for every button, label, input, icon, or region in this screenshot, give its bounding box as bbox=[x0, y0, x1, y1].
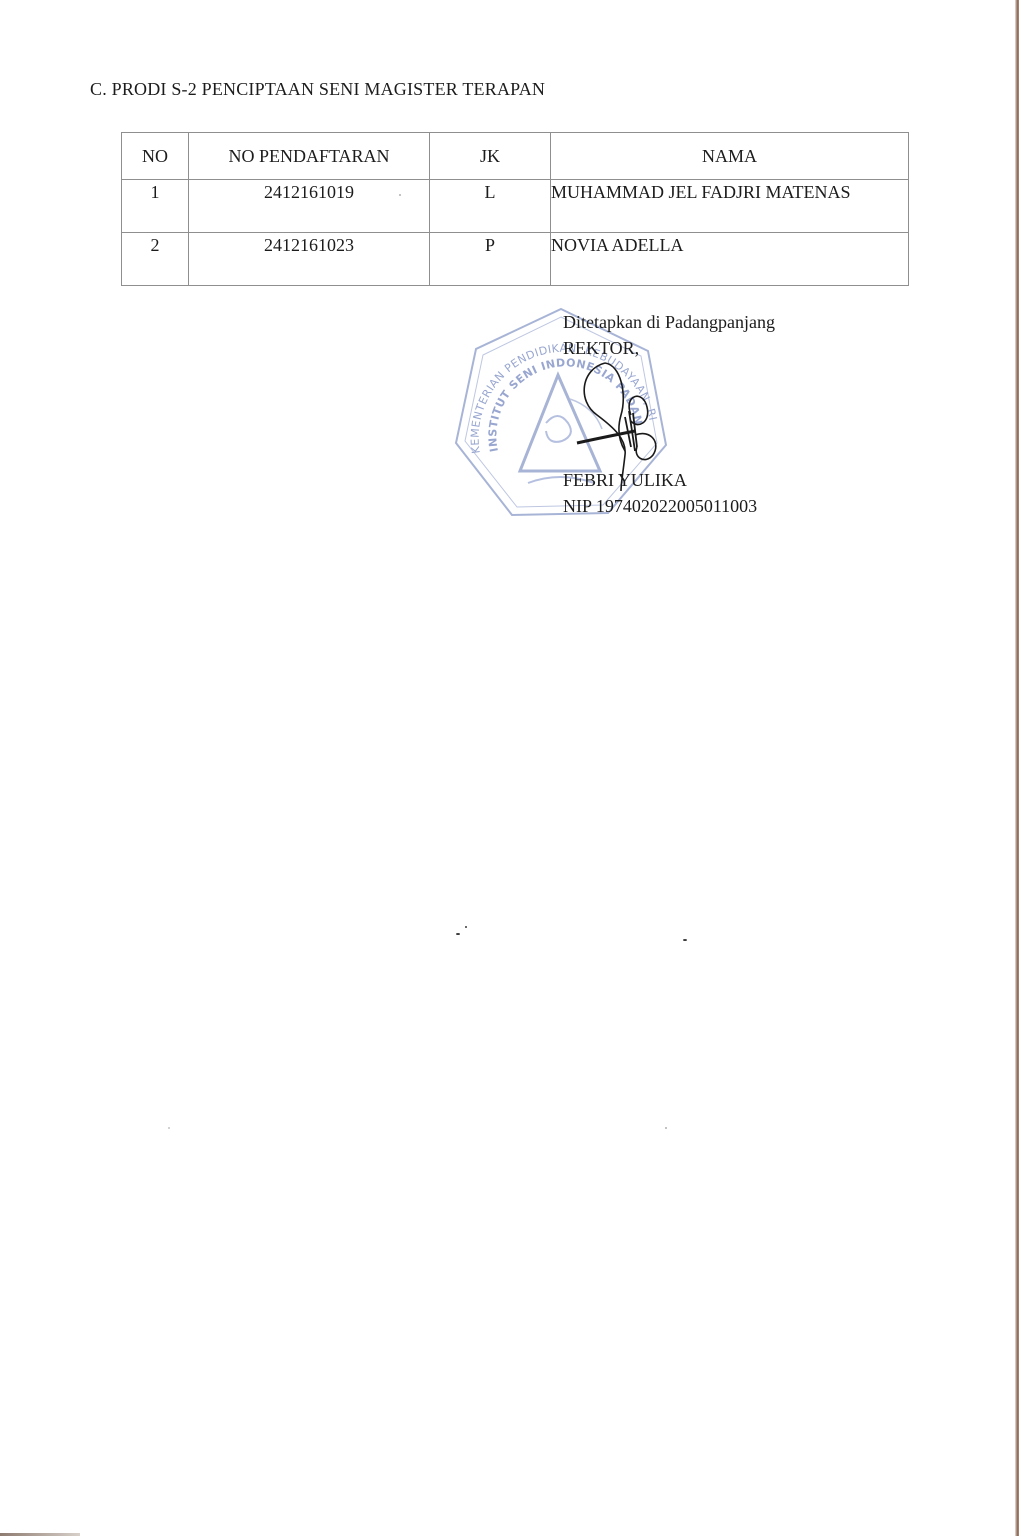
cell-nama: NOVIA ADELLA bbox=[551, 233, 909, 286]
cell-no-pendaftaran: 2412161019 bbox=[189, 180, 430, 233]
section-heading: C. PRODI S-2 PENCIPTAAN SENI MAGISTER TE… bbox=[90, 79, 545, 100]
column-header-jk: JK bbox=[430, 133, 551, 180]
scan-speck bbox=[665, 1127, 667, 1129]
cell-no: 1 bbox=[122, 180, 189, 233]
column-header-no-pendaftaran: NO PENDAFTARAN bbox=[189, 133, 430, 180]
cell-no: 2 bbox=[122, 233, 189, 286]
scan-speck bbox=[399, 194, 401, 196]
table-row: 2 2412161023 P NOVIA ADELLA bbox=[122, 233, 909, 286]
signature-block: Ditetapkan di Padangpanjang REKTOR, bbox=[563, 309, 775, 361]
scan-speck bbox=[683, 939, 687, 941]
signer-name: FEBRI YULIKA bbox=[563, 467, 687, 493]
signer-position: REKTOR, bbox=[563, 335, 775, 361]
cell-jk: L bbox=[430, 180, 551, 233]
table-row: 1 2412161019 L MUHAMMAD JEL FADJRI MATEN… bbox=[122, 180, 909, 233]
scan-page-edge bbox=[1015, 0, 1019, 1536]
column-header-no: NO bbox=[122, 133, 189, 180]
table-header-row: NO NO PENDAFTARAN JK NAMA bbox=[122, 133, 909, 180]
registrants-table: NO NO PENDAFTARAN JK NAMA 1 2412161019 L… bbox=[121, 132, 909, 286]
cell-no-pendaftaran: 2412161023 bbox=[189, 233, 430, 286]
column-header-nama: NAMA bbox=[551, 133, 909, 180]
scan-speck bbox=[465, 926, 467, 928]
signer-nip: NIP 197402022005011003 bbox=[563, 493, 757, 519]
cell-jk: P bbox=[430, 233, 551, 286]
scan-speck bbox=[456, 933, 460, 935]
place-of-issue: Ditetapkan di Padangpanjang bbox=[563, 309, 775, 335]
cell-nama: MUHAMMAD JEL FADJRI MATENAS bbox=[551, 180, 909, 233]
scan-speck bbox=[168, 1127, 170, 1129]
